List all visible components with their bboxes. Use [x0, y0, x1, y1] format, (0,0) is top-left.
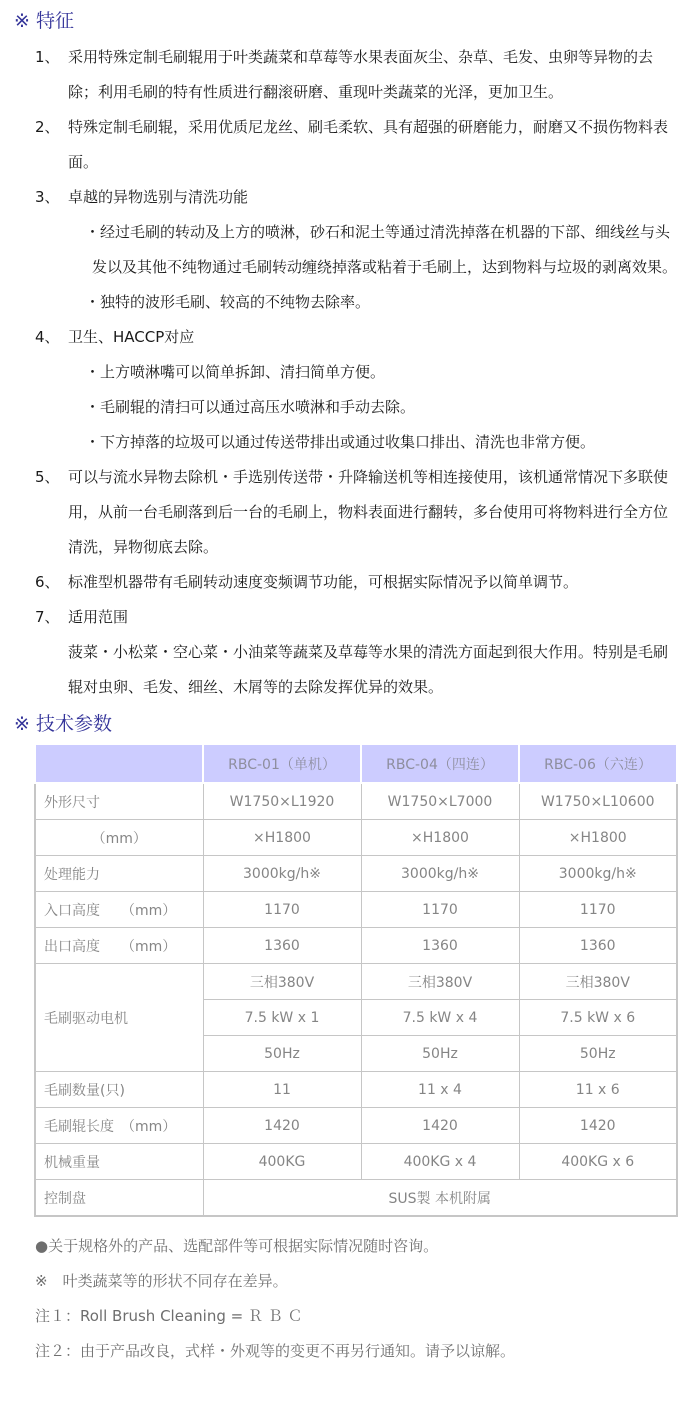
spec-row-dimensions-1: 外形尺寸 W1750×L1920 W1750×L7000 W1750×L1060…	[35, 783, 677, 820]
spec-cell: ×H1800	[361, 820, 519, 856]
spec-cell: 50Hz	[519, 1036, 677, 1072]
spec-cell: 400KG x 4	[361, 1144, 519, 1180]
spec-cell: 1420	[361, 1108, 519, 1144]
spec-cell: 1420	[519, 1108, 677, 1144]
spec-label-brush-count: 毛刷数量(只)	[35, 1072, 203, 1108]
feature-item-5-number: 5、	[35, 460, 68, 565]
feature-item-3-text: 卓越的异物选别与清洗功能	[68, 180, 679, 215]
feature-item-7-body: 适用范围 菠菜・小松菜・空心菜・小油菜等蔬菜及草莓等水果的清洗方面起到很大作用。…	[68, 600, 679, 705]
spec-header-empty	[35, 744, 203, 783]
spec-cell: 400KG x 6	[519, 1144, 677, 1180]
spec-row-motor-voltage: 毛刷驱动电机 三相380V 三相380V 三相380V	[35, 964, 677, 1000]
feature-item-5-text: 可以与流水异物去除机・手选别传送带・升降输送机等相连接使用，该机通常情况下多联使…	[68, 460, 679, 565]
spec-label-inlet-height: 入口高度 （mm）	[35, 892, 203, 928]
feature-item-2: 2、 特殊定制毛刷辊，采用优质尼龙丝、刷毛柔软、具有超强的研磨能力，耐磨又不损伤…	[35, 110, 679, 180]
spec-header-rbc06: RBC-06（六连）	[519, 744, 677, 783]
feature-item-7-number: 7、	[35, 600, 68, 705]
spec-cell: 11	[203, 1072, 361, 1108]
spec-row-brush-count: 毛刷数量(只) 11 11 x 4 11 x 6	[35, 1072, 677, 1108]
feature-item-3-number: 3、	[35, 180, 68, 320]
feature-item-7-text: 适用范围	[68, 600, 679, 635]
spec-row-inlet-height: 入口高度 （mm） 1170 1170 1170	[35, 892, 677, 928]
spec-cell: W1750×L1920	[203, 783, 361, 820]
spec-label-brush-length: 毛刷辊长度 （mm）	[35, 1108, 203, 1144]
feature-item-4-text: 卫生、HACCP对应	[68, 320, 679, 355]
spec-label-control-panel: 控制盘	[35, 1180, 203, 1217]
spec-cell: 1170	[361, 892, 519, 928]
spec-cell: 7.5 kW x 1	[203, 1000, 361, 1036]
feature-item-1: 1、 采用特殊定制毛刷辊用于叶类蔬菜和草莓等水果表面灰尘、杂草、毛发、虫卵等异物…	[35, 40, 679, 110]
feature-item-6-number: 6、	[35, 565, 68, 600]
spec-label-dimensions: 外形尺寸	[35, 783, 203, 820]
note-custom-inquiry: ●关于规格外的产品、选配部件等可根据实际情况随时咨询。	[35, 1229, 679, 1264]
spec-label-weight: 机械重量	[35, 1144, 203, 1180]
feature-item-7-description: 菠菜・小松菜・空心菜・小油菜等蔬菜及草莓等水果的清洗方面起到很大作用。特别是毛刷…	[68, 635, 679, 705]
features-heading: ※ 特征	[14, 8, 695, 34]
spec-cell: W1750×L10600	[519, 783, 677, 820]
feature-item-4-number: 4、	[35, 320, 68, 460]
spec-row-outlet-height: 出口高度 （mm） 1360 1360 1360	[35, 928, 677, 964]
spec-cell: 7.5 kW x 6	[519, 1000, 677, 1036]
spec-row-weight: 机械重量 400KG 400KG x 4 400KG x 6	[35, 1144, 677, 1180]
spec-cell: 1360	[203, 928, 361, 964]
spec-row-capacity: 处理能力 3000kg/h※ 3000kg/h※ 3000kg/h※	[35, 856, 677, 892]
spec-label-outlet-height: 出口高度 （mm）	[35, 928, 203, 964]
feature-item-4-bullet-1: ・上方喷淋嘴可以简单拆卸、清扫简单方便。	[68, 355, 679, 390]
feature-item-6-text: 标准型机器带有毛刷转动速度变频调节功能，可根据实际情况予以简单调节。	[68, 565, 679, 600]
spec-cell: 400KG	[203, 1144, 361, 1180]
specs-heading: ※ 技术参数	[14, 711, 695, 737]
note-design-change: 注２：由于产品改良，式样・外观等的变更不再另行通知。请予以谅解。	[35, 1334, 679, 1369]
spec-cell: 三相380V	[203, 964, 361, 1000]
spec-cell: 1170	[519, 892, 677, 928]
feature-item-2-number: 2、	[35, 110, 68, 180]
spec-cell: W1750×L7000	[361, 783, 519, 820]
spec-row-dimensions-2: （mm） ×H1800 ×H1800 ×H1800	[35, 820, 677, 856]
spec-cell: 1420	[203, 1108, 361, 1144]
notes: ●关于规格外的产品、选配部件等可根据实际情况随时咨询。 ※ 叶类蔬菜等的形状不同…	[35, 1229, 679, 1369]
feature-item-4-bullet-2: ・毛刷辊的清扫可以通过高压水喷淋和手动去除。	[68, 390, 679, 425]
feature-item-1-number: 1、	[35, 40, 68, 110]
feature-item-3-bullet-2: ・独特的波形毛刷、较高的不纯物去除率。	[68, 285, 679, 320]
feature-item-3: 3、 卓越的异物选别与清洗功能 ・经过毛刷的转动及上方的喷淋，砂石和泥土等通过清…	[35, 180, 679, 320]
feature-item-2-text: 特殊定制毛刷辊，采用优质尼龙丝、刷毛柔软、具有超强的研磨能力，耐磨又不损伤物料表…	[68, 110, 679, 180]
spec-cell: 3000kg/h※	[203, 856, 361, 892]
spec-row-brush-length: 毛刷辊长度 （mm） 1420 1420 1420	[35, 1108, 677, 1144]
specs-table: RBC-01（单机） RBC-04（四连） RBC-06（六连） 外形尺寸 W1…	[34, 743, 678, 1217]
spec-cell: ×H1800	[203, 820, 361, 856]
spec-header-row: RBC-01（单机） RBC-04（四连） RBC-06（六连）	[35, 744, 677, 783]
spec-cell: 7.5 kW x 4	[361, 1000, 519, 1036]
spec-label-motor: 毛刷驱动电机	[35, 964, 203, 1072]
spec-cell-control-panel: SUS製 本机附属	[203, 1180, 677, 1217]
feature-item-5: 5、 可以与流水异物去除机・手选别传送带・升降输送机等相连接使用，该机通常情况下…	[35, 460, 679, 565]
spec-header-rbc04: RBC-04（四连）	[361, 744, 519, 783]
feature-item-3-bullet-1: ・经过毛刷的转动及上方的喷淋，砂石和泥土等通过清洗掉落在机器的下部、细线丝与头发…	[68, 215, 679, 285]
features-list: 1、 采用特殊定制毛刷辊用于叶类蔬菜和草莓等水果表面灰尘、杂草、毛发、虫卵等异物…	[35, 40, 679, 705]
spec-cell: 11 x 4	[361, 1072, 519, 1108]
spec-cell: 11 x 6	[519, 1072, 677, 1108]
spec-cell: 三相380V	[519, 964, 677, 1000]
note-rbc-abbreviation: 注１：Roll Brush Cleaning = Ｒ Ｂ Ｃ	[35, 1299, 679, 1334]
spec-label-dimensions-unit: （mm）	[35, 820, 203, 856]
spec-row-control-panel: 控制盘 SUS製 本机附属	[35, 1180, 677, 1217]
feature-item-6: 6、 标准型机器带有毛刷转动速度变频调节功能，可根据实际情况予以简单调节。	[35, 565, 679, 600]
spec-header-rbc01: RBC-01（单机）	[203, 744, 361, 783]
feature-item-1-text: 采用特殊定制毛刷辊用于叶类蔬菜和草莓等水果表面灰尘、杂草、毛发、虫卵等异物的去除…	[68, 40, 679, 110]
spec-cell: 1360	[361, 928, 519, 964]
spec-cell: 3000kg/h※	[519, 856, 677, 892]
spec-cell: 3000kg/h※	[361, 856, 519, 892]
feature-item-7: 7、 适用范围 菠菜・小松菜・空心菜・小油菜等蔬菜及草莓等水果的清洗方面起到很大…	[35, 600, 679, 705]
note-shape-difference: ※ 叶类蔬菜等的形状不同存在差异。	[35, 1264, 679, 1299]
feature-item-3-body: 卓越的异物选别与清洗功能 ・经过毛刷的转动及上方的喷淋，砂石和泥土等通过清洗掉落…	[68, 180, 679, 320]
spec-cell: 1360	[519, 928, 677, 964]
spec-cell: 50Hz	[203, 1036, 361, 1072]
spec-cell: 三相380V	[361, 964, 519, 1000]
spec-cell: ×H1800	[519, 820, 677, 856]
spec-label-capacity: 处理能力	[35, 856, 203, 892]
feature-item-4-body: 卫生、HACCP对应 ・上方喷淋嘴可以简单拆卸、清扫简单方便。 ・毛刷辊的清扫可…	[68, 320, 679, 460]
spec-cell: 1170	[203, 892, 361, 928]
spec-cell: 50Hz	[361, 1036, 519, 1072]
feature-item-4: 4、 卫生、HACCP对应 ・上方喷淋嘴可以简单拆卸、清扫简单方便。 ・毛刷辊的…	[35, 320, 679, 460]
feature-item-4-bullet-3: ・下方掉落的垃圾可以通过传送带排出或通过收集口排出、清洗也非常方便。	[68, 425, 679, 460]
